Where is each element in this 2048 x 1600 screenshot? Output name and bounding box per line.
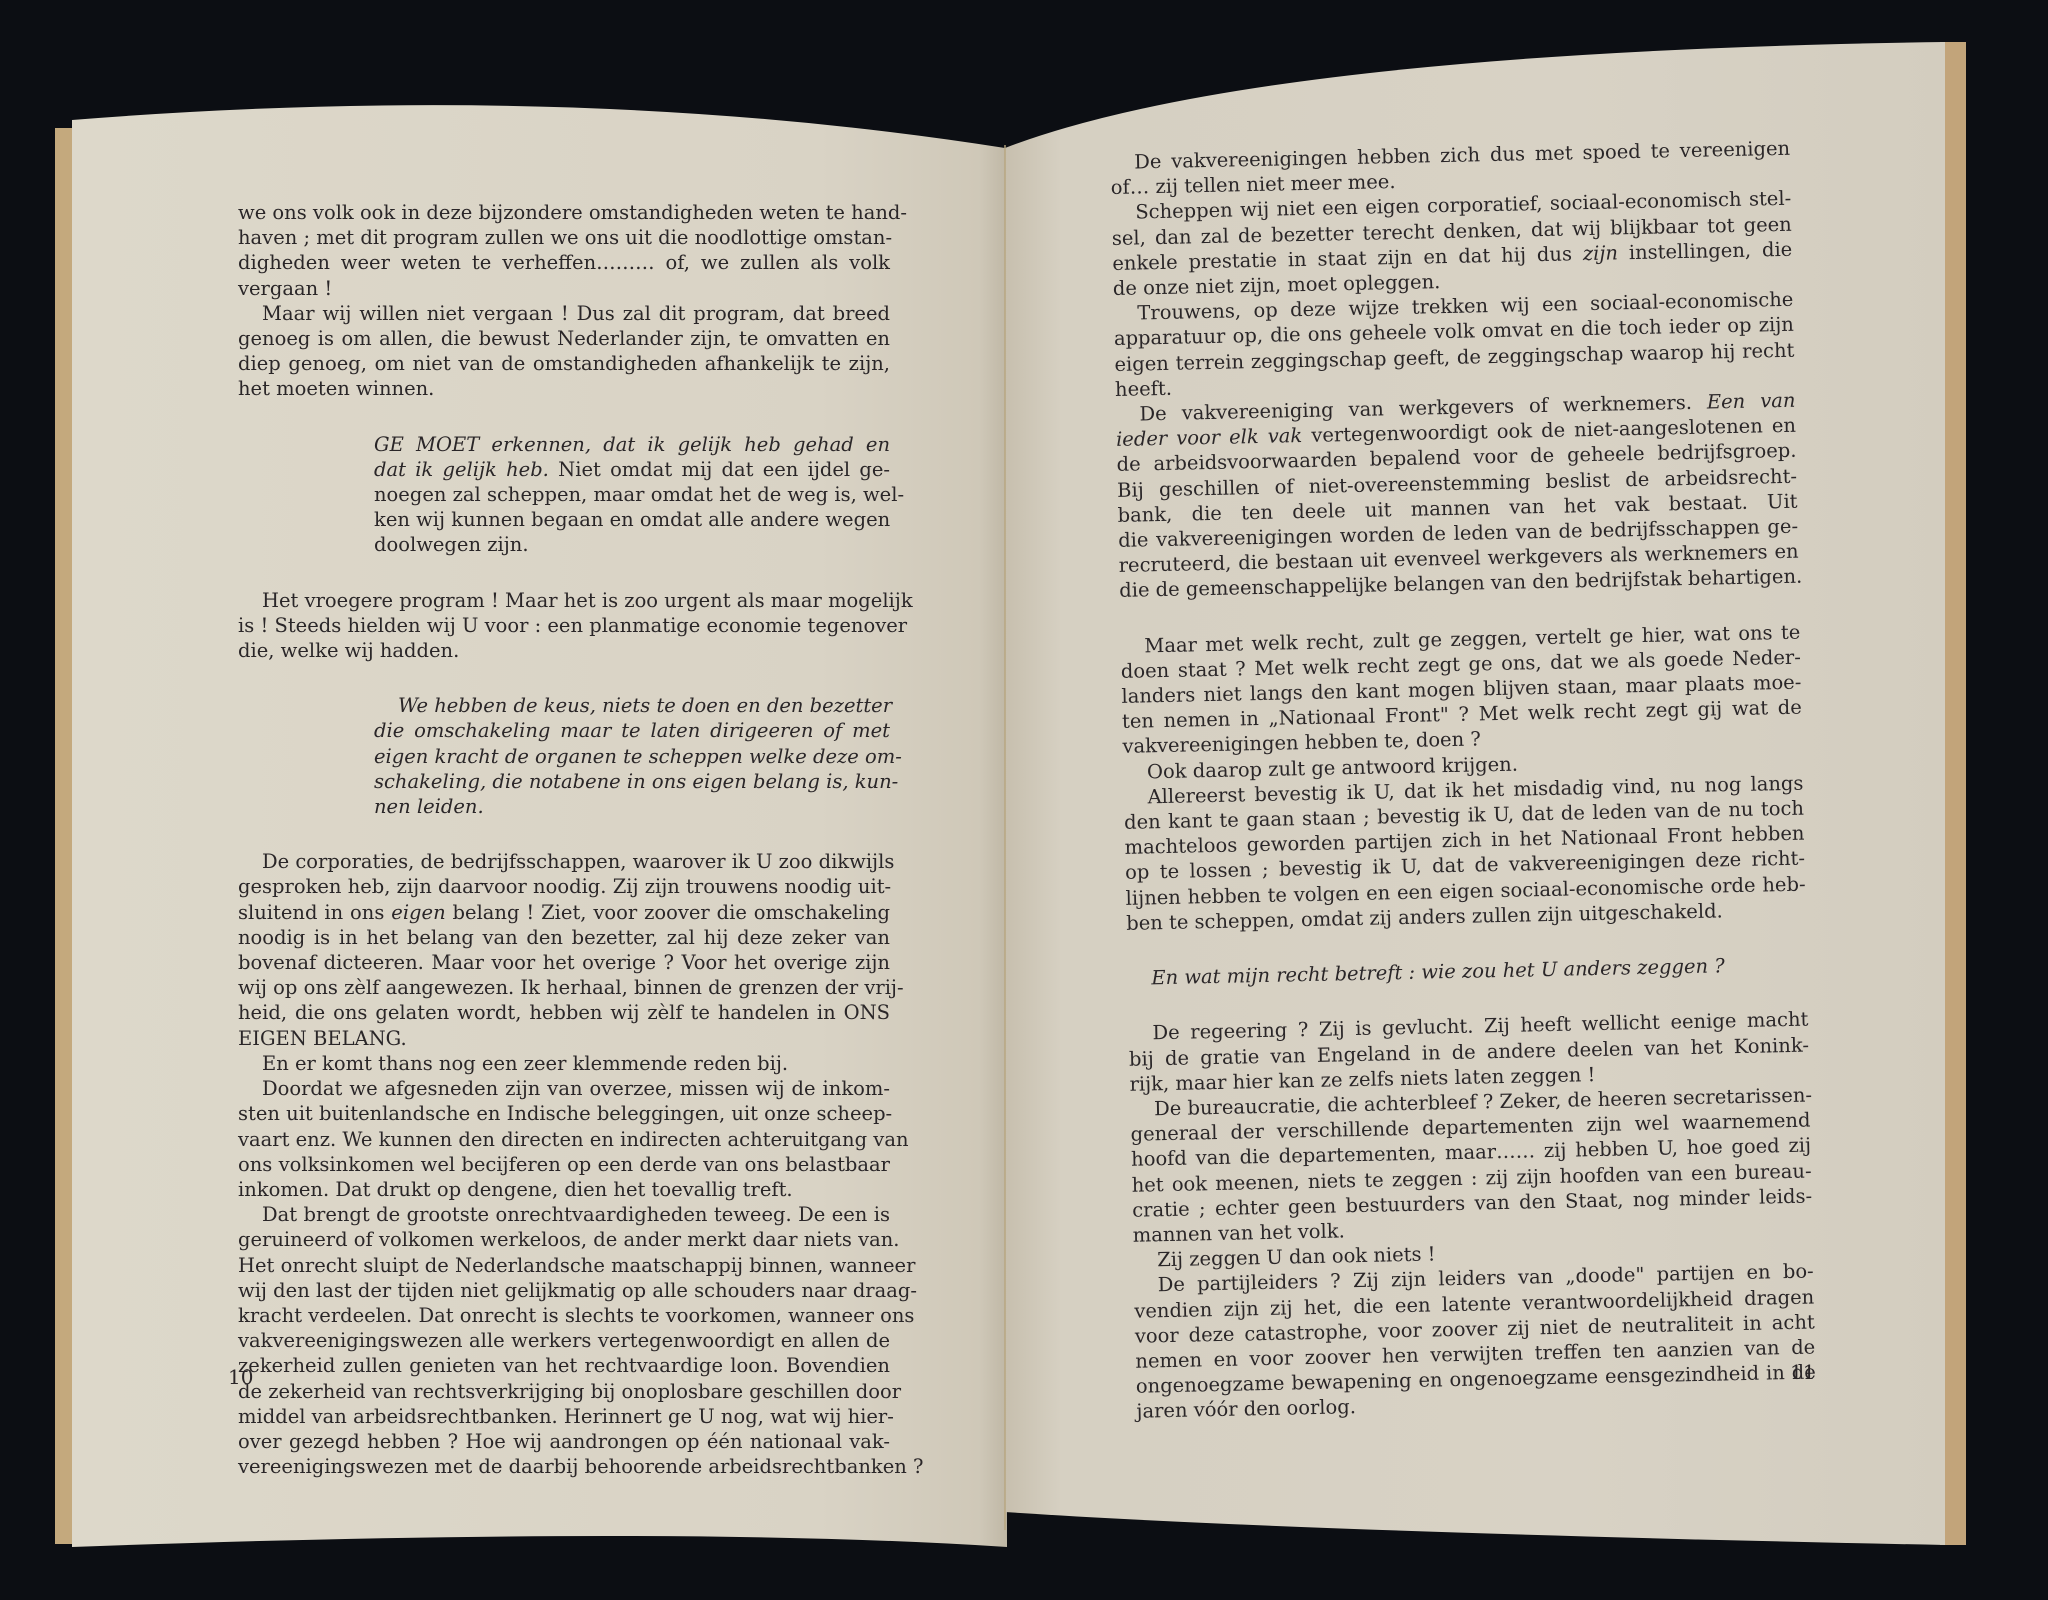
italic-phrase: ieder voor elk vak xyxy=(1116,424,1303,451)
right-page-text: De vakvereenigingen hebben zich dus met … xyxy=(1110,136,1817,1425)
text-line: Dat brengt de grootste onrechtvaardighed… xyxy=(238,1202,890,1227)
italic-phrase: dat ik gelijk heb. xyxy=(374,458,549,481)
text-line: die, welke wij hadden. xyxy=(238,638,890,663)
text-line: diep genoeg, om niet van de omstandighed… xyxy=(238,351,890,376)
text-line: Het vroegere program ! Maar het is zoo u… xyxy=(238,588,890,613)
text-line: middel van arbeidsrechtbanken. Herinnert… xyxy=(238,1404,890,1429)
text-line: sten uit buitenlandsche en Indische bele… xyxy=(238,1101,890,1126)
text-line: is ! Steeds hielden wij U voor : een pla… xyxy=(238,613,890,638)
text-line: We hebben de keus, niets te doen en den … xyxy=(374,693,890,718)
text-line: vakvereenigingswezen alle werkers verteg… xyxy=(238,1328,890,1353)
text-line: over gezegd hebben ? Hoe wij aandrongen … xyxy=(238,1429,890,1454)
text-line: bovenaf dicteeren. Maar voor het overige… xyxy=(238,950,890,975)
text-line: Doordat we afgesneden zijn van overzee, … xyxy=(238,1076,890,1101)
text-line: EIGEN BELANG. xyxy=(238,1026,890,1051)
text-line: eigen kracht de organen te scheppen welk… xyxy=(374,744,890,769)
text-line: Het onrecht sluipt de Nederlandsche maat… xyxy=(238,1253,890,1278)
text-line: En er komt thans nog een zeer klemmende … xyxy=(238,1051,890,1076)
text-line: vaart enz. We kunnen den directen en ind… xyxy=(238,1127,890,1152)
italic-phrase: eigen xyxy=(391,901,445,924)
text-line: het moeten winnen. xyxy=(238,376,890,401)
text-line: inkomen. Dat drukt op dengene, dien het … xyxy=(238,1177,890,1202)
text-line: ken wij kunnen begaan en omdat alle ande… xyxy=(374,507,890,532)
text-line: geruineerd of volkomen werkeloos, de and… xyxy=(238,1227,890,1252)
text-line: Maar wij willen niet vergaan ! Dus zal d… xyxy=(238,301,890,326)
text-line: ons volksinkomen wel becijferen op een d… xyxy=(238,1152,890,1177)
page-number-right: 11 xyxy=(1790,1360,1815,1384)
text-line: De corporaties, de bedrijfsschappen, waa… xyxy=(238,849,890,874)
text-span: instellingen, die xyxy=(1618,238,1793,265)
text-line: sluitend in ons eigen belang ! Ziet, voo… xyxy=(238,900,890,925)
text-line: heid, die ons gelaten wordt, hebben wij … xyxy=(238,1000,890,1025)
text-line: zekerheid zullen genieten van het rechtv… xyxy=(238,1353,890,1378)
text-line: noodig is in het belang van den bezetter… xyxy=(238,925,890,950)
text-line: vergaan ! xyxy=(238,276,890,301)
text-line: schakeling, die notabene in ons eigen be… xyxy=(374,769,890,794)
text-line: noegen zal scheppen, maar omdat het de w… xyxy=(374,482,890,507)
quote-block-2: We hebben de keus, niets te doen en den … xyxy=(238,693,890,819)
text-line: de zekerheid van rechtsverkrijging bij o… xyxy=(238,1379,890,1404)
left-page-text: we ons volk ook in deze bijzondere omsta… xyxy=(238,200,890,1479)
text-line: we ons volk ook in deze bijzondere omsta… xyxy=(238,200,890,225)
text-line: wij op ons zèlf aangewezen. Ik herhaal, … xyxy=(238,975,890,1000)
text-line: gesproken heb, zijn daarvoor noodig. Zij… xyxy=(238,874,890,899)
text-span: sluitend in ons xyxy=(238,901,391,924)
text-line: vereenigingswezen met de daarbij behoore… xyxy=(238,1454,890,1479)
text-line: dat ik gelijk heb. Niet omdat mij dat ee… xyxy=(374,457,890,482)
text-line: kracht verdeelen. Dat onrecht is slechts… xyxy=(238,1303,890,1328)
page-number-left: 10 xyxy=(228,1365,253,1389)
text-span: belang ! Ziet, voor zoover die omschakel… xyxy=(446,901,890,924)
text-line: GE MOET erkennen, dat ik gelijk heb geha… xyxy=(374,432,890,457)
book-gutter xyxy=(1004,145,1006,1530)
quote-block-1: GE MOET erkennen, dat ik gelijk heb geha… xyxy=(238,432,890,558)
text-line: haven ; met dit program zullen we ons ui… xyxy=(238,225,890,250)
text-line: die omschakeling maar te laten dirigeere… xyxy=(374,718,890,743)
text-line: nen leiden. xyxy=(374,794,890,819)
text-line: digheden weer weten te verheffen……… of, … xyxy=(238,250,890,275)
text-line: genoeg is om allen, die bewust Nederland… xyxy=(238,326,890,351)
text-line: doolwegen zijn. xyxy=(374,532,890,557)
text-span: Niet omdat mij dat een ijdel ge- xyxy=(549,458,890,481)
text-line: wij den last der tijden niet gelijkmatig… xyxy=(238,1278,890,1303)
italic-phrase: zijn xyxy=(1583,241,1619,265)
italic-phrase: Een van xyxy=(1707,389,1796,414)
